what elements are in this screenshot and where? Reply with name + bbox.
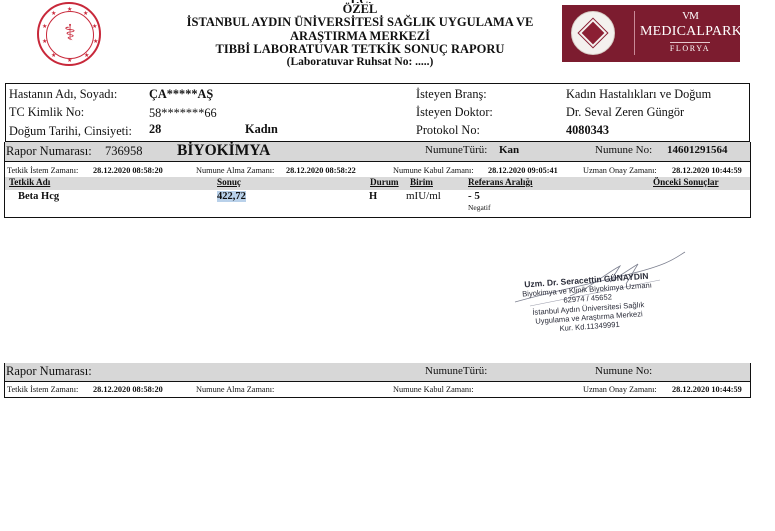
tc-value: 58*******66 <box>149 106 217 121</box>
report2-sample-type-label: NumuneTürü: <box>425 365 487 377</box>
age-value: 28 <box>149 122 161 137</box>
report-section-2: Rapor Numarası: NumuneTürü: Numune No: T… <box>4 363 751 398</box>
report2-request-time-value: 28.12.2020 08:58:20 <box>93 385 163 394</box>
request-time-label: Tetkik İstem Zamanı: <box>7 166 78 175</box>
title-line-4: TIBBİ LABORATUVAR TETKİK SONUÇ RAPORU <box>170 43 550 56</box>
sample-type-label: NumuneTürü: <box>425 144 487 156</box>
protocol-value: 4080343 <box>566 123 609 138</box>
section-title: BİYOKİMYA <box>177 142 270 160</box>
report2-accept-time-label: Numune Kabul Zamanı: <box>393 385 474 394</box>
col-status: Durum <box>370 177 399 187</box>
request-time-value: 28.12.2020 08:58:20 <box>93 166 163 175</box>
accept-time-value: 28.12.2020 09:05:41 <box>488 166 558 175</box>
test-unit: mIU/ml <box>406 190 441 202</box>
col-previous: Önceki Sonuçlar <box>653 177 719 187</box>
brand-monogram: VM <box>640 10 740 22</box>
ministry-seal-logo: ★ ★ ★ ★ ★ ★ ★ ★ ★ ★ ⚕ <box>37 2 101 66</box>
title-line-5: (Laboratuvar Ruhsat No: .....) <box>170 56 550 69</box>
star-icon: ★ <box>42 39 47 45</box>
col-reference: Referans Aralığı <box>468 177 533 187</box>
patient-name-label: Hastanın Adı, Soyadı: <box>9 87 117 102</box>
logo-divider <box>634 11 635 55</box>
patient-name-value: ÇA*****AŞ <box>149 87 213 102</box>
star-icon: ★ <box>67 58 72 64</box>
report2-approve-time-value: 28.12.2020 10:44:59 <box>672 385 742 394</box>
approve-time-value: 28.12.2020 10:44:59 <box>672 166 742 175</box>
col-unit: Birim <box>410 177 433 187</box>
sample-type-value: Kan <box>499 144 519 156</box>
patient-info-box: Hastanın Adı, Soyadı: ÇA*****AŞ TC Kimli… <box>5 83 750 142</box>
gender-value: Kadın <box>245 122 278 137</box>
col-test-name: Tetkik Adı <box>9 177 50 187</box>
report-header-bar: Rapor Numarası: 736958 BİYOKİMYA NumuneT… <box>5 142 750 162</box>
report2-sample-no-label: Numune No: <box>595 365 652 377</box>
collect-time-label: Numune Alma Zamanı: <box>196 166 274 175</box>
title-line-3: ARAŞTIRMA MERKEZİ <box>170 30 550 43</box>
star-icon: ★ <box>93 39 98 45</box>
report2-no-label: Rapor Numarası: <box>6 364 92 379</box>
star-icon: ★ <box>83 11 88 17</box>
test-reference: - 5 <box>468 190 480 202</box>
test-result[interactable]: 422,72 <box>217 191 246 202</box>
doctor-value: Dr. Seval Zeren Güngör <box>566 105 684 120</box>
sample-no-label: Numune No: <box>595 144 652 156</box>
branch-value: Kadın Hastalıkları ve Doğum <box>566 87 711 102</box>
report-section: Rapor Numarası: 736958 BİYOKİMYA NumuneT… <box>4 142 751 218</box>
accept-time-label: Numune Kabul Zamanı: <box>393 166 474 175</box>
approve-time-label: Uzman Onay Zamanı: <box>583 166 657 175</box>
report-title: T.C. ÖZEL İSTANBUL AYDIN ÜNİVERSİTESİ SA… <box>170 0 550 69</box>
report-no-label: Rapor Numarası: <box>6 144 92 159</box>
tc-label: TC Kimlik No: <box>9 105 84 120</box>
star-icon: ★ <box>67 7 72 13</box>
star-icon: ★ <box>51 11 56 17</box>
report-header-bar-2: Rapor Numarası: NumuneTürü: Numune No: <box>5 363 750 382</box>
reference-note: Negatif <box>468 203 491 212</box>
brand-name: MEDICALPARK <box>640 24 740 40</box>
doctor-signature-stamp: Uzm. Dr. Seracettin GÜNAYDIN Biyokimya v… <box>496 270 679 338</box>
star-icon: ★ <box>92 24 97 30</box>
title-line-1: ÖZEL <box>170 3 550 16</box>
report2-approve-time-label: Uzman Onay Zamanı: <box>583 385 657 394</box>
brand-location: FLORYA <box>640 44 740 53</box>
star-icon: ★ <box>51 53 56 59</box>
test-status: H <box>369 191 377 202</box>
university-badge-icon <box>571 11 615 55</box>
doctor-label: İsteyen Doktor: <box>416 105 493 120</box>
star-icon: ★ <box>42 24 47 30</box>
branch-label: İsteyen Branş: <box>416 87 487 102</box>
medicalpark-logo: VM MEDICALPARK FLORYA <box>562 5 740 62</box>
report-no-value: 736958 <box>105 144 143 159</box>
caduceus-icon: ⚕ <box>55 18 85 48</box>
report2-request-time-label: Tetkik İstem Zamanı: <box>7 385 78 394</box>
birth-label: Doğum Tarihi, Cinsiyeti: <box>9 124 132 139</box>
test-name: Beta Hcg <box>18 191 59 202</box>
title-line-2: İSTANBUL AYDIN ÜNİVERSİTESİ SAĞLIK UYGUL… <box>170 16 550 29</box>
protocol-label: Protokol No: <box>416 123 480 138</box>
sample-no-value: 14601291564 <box>667 144 728 156</box>
report2-collect-time-label: Numune Alma Zamanı: <box>196 385 274 394</box>
col-result: Sonuç <box>217 177 241 187</box>
star-icon: ★ <box>84 53 89 59</box>
collect-time-value: 28.12.2020 08:58:22 <box>286 166 356 175</box>
